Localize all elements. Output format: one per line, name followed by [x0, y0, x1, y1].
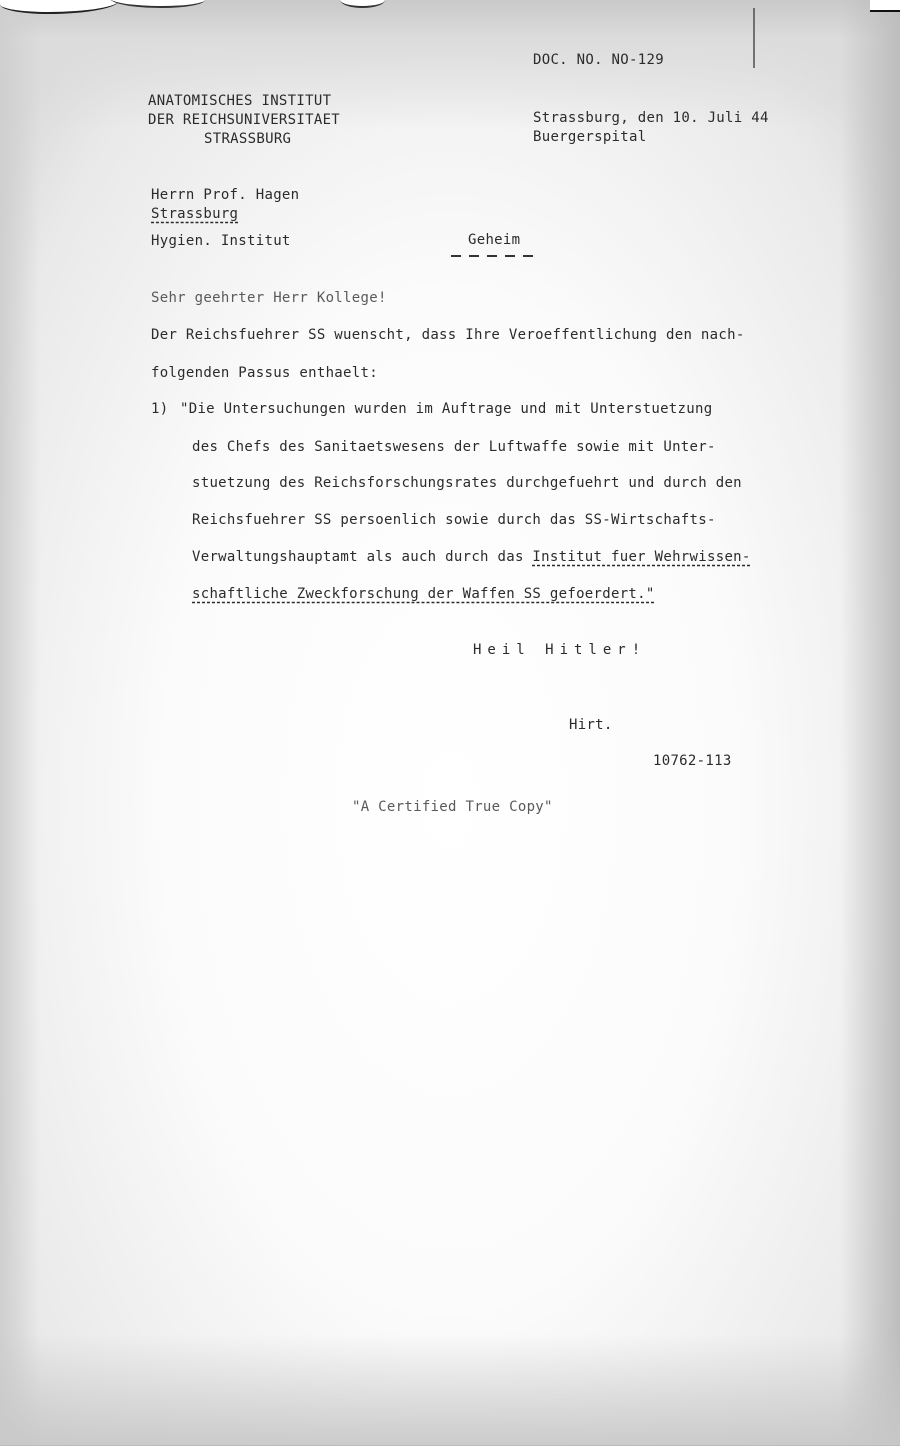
- place-sub: Buergerspital: [533, 129, 646, 145]
- quote-number: 1): [151, 401, 168, 417]
- letterhead-line-1: ANATOMISCHES INSTITUT: [148, 93, 331, 109]
- reference-number: 10762-113: [653, 753, 732, 769]
- closing: Heil Hitler!: [473, 642, 646, 658]
- paper-bottom-edge: [0, 1445, 900, 1454]
- doc-number: DOC. NO. NO-129: [533, 52, 664, 68]
- classification-label: Geheim: [468, 232, 520, 248]
- quote-line-5-plain: Verwaltungshauptamt als auch durch das: [192, 549, 532, 565]
- paper-shading-left: [0, 0, 40, 1454]
- document-page: DOC. NO. NO-129 ANATOMISCHES INSTITUT DE…: [0, 0, 900, 1454]
- classification-underline: [451, 255, 535, 257]
- quote-line-1: "Die Untersuchungen wurden im Auftrage u…: [180, 401, 712, 417]
- recipient-city: Strassburg: [151, 206, 238, 222]
- recipient-institute: Hygien. Institut: [151, 233, 291, 249]
- paper-shading-bottom: [0, 1334, 900, 1454]
- body-line-2: folgenden Passus enthaelt:: [151, 365, 378, 381]
- quote-line-6: schaftliche Zweckforschung der Waffen SS…: [192, 586, 655, 602]
- certification-stamp: "A Certified True Copy": [352, 799, 553, 815]
- place-date: Strassburg, den 10. Juli 44: [533, 110, 769, 126]
- quote-line-5: Verwaltungshauptamt als auch durch das I…: [192, 549, 751, 565]
- torn-edge: [870, 0, 900, 12]
- paper-crease: [753, 8, 755, 68]
- quote-line-4: Reichsfuehrer SS persoenlich sowie durch…: [192, 512, 716, 528]
- paper-shading-right: [840, 0, 900, 1454]
- letterhead-line-2: DER REICHSUNIVERSITAET: [148, 112, 340, 128]
- quote-line-3: stuetzung des Reichsforschungsrates durc…: [192, 475, 742, 491]
- salutation: Sehr geehrter Herr Kollege!: [151, 290, 387, 306]
- body-line-1: Der Reichsfuehrer SS wuenscht, dass Ihre…: [151, 327, 745, 343]
- letterhead-line-3: STRASSBURG: [204, 131, 291, 147]
- recipient-name: Herrn Prof. Hagen: [151, 187, 299, 203]
- quote-line-5-underlined: Institut fuer Wehrwissen-: [532, 549, 750, 565]
- signature: Hirt.: [569, 717, 613, 733]
- quote-line-2: des Chefs des Sanitaetswesens der Luftwa…: [192, 439, 716, 455]
